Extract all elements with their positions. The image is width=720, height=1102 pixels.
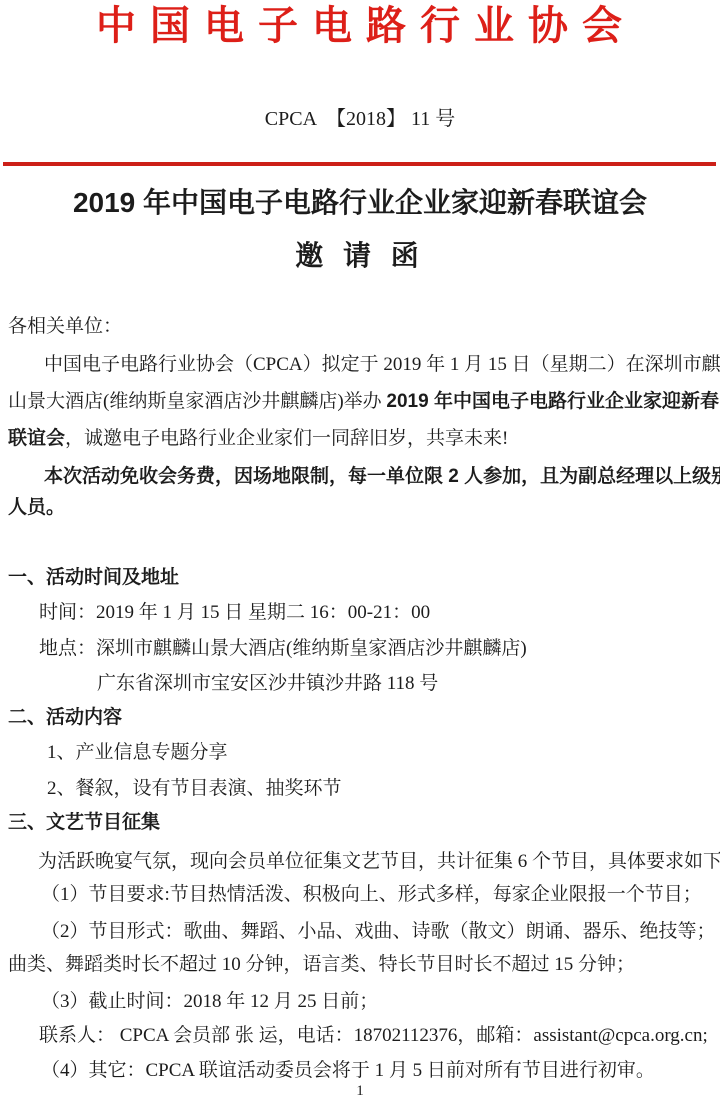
section3-heading: 三、文艺节目征集 <box>8 812 160 834</box>
intro-paragraph-line-1: 中国电子电路行业协会（CPCA）拟定于 2019 年 1 月 15 日（星期二）… <box>44 354 720 376</box>
program-requirement-4: （4）其它：CPCA 联谊活动委员会将于 1 月 5 日前对所有节目进行初审。 <box>41 1060 655 1082</box>
event-time-line: 时间：2019 年 1 月 15 日 星期二 16：00-21：00 <box>39 602 430 624</box>
event-place-line: 地点：深圳市麒麟山景大酒店(维纳斯皇家酒店沙井麒麟店) <box>39 638 527 660</box>
document-title: 2019 年中国电子电路行业企业家迎新春联谊会 <box>0 186 720 220</box>
notice-paragraph-line-1: 本次活动免收会务费，因场地限制，每一单位限 2 人参加，且为副总经理以上级别 <box>44 466 720 488</box>
association-name: 中 国 电 子 电 路 行 业 协 会 <box>0 0 720 52</box>
activity-item-1: 1、产业信息专题分享 <box>47 742 228 764</box>
intro-paragraph-line-3: 联谊会，诚邀电子电路行业企业家们一同辞旧岁，共享未来! <box>8 428 508 450</box>
document-subtitle: 邀 请 函 <box>0 239 720 273</box>
intro-line2-normal: 山景大酒店(维纳斯皇家酒店沙井麒麟店)举办 <box>8 391 386 412</box>
document-page: 中 国 电 子 电 路 行 业 协 会 CPCA 【2018】 11 号 201… <box>0 0 720 1102</box>
program-requirement-1: （1）节目要求:节目热情活泼、积极向上、形式多样，每家企业限报一个节目； <box>41 884 702 906</box>
greeting-line: 各相关单位： <box>8 316 122 338</box>
activity-item-2: 2、餐叙，设有节目表演、抽奖环节 <box>47 778 342 800</box>
page-number: 1 <box>0 1082 720 1100</box>
intro-line2-bold: 2019 年中国电子电路行业企业家迎新春 <box>386 391 719 412</box>
program-requirement-2-line-2: 曲类、舞蹈类时长不超过 10 分钟，语言类、特长节目时长不超过 15 分钟； <box>8 954 635 976</box>
contact-line: 联系人： CPCA 会员部 张 运，电话：18702112376，邮箱：assi… <box>39 1025 708 1047</box>
document-number: CPCA 【2018】 11 号 <box>0 107 720 131</box>
program-requirement-2-line-1: （2）节目形式：歌曲、舞蹈、小品、戏曲、诗歌（散文）朗诵、器乐、绝技等； 歌 <box>41 921 720 943</box>
section1-heading: 一、活动时间及地址 <box>8 567 179 589</box>
intro-paragraph-line-2: 山景大酒店(维纳斯皇家酒店沙井麒麟店)举办 2019 年中国电子电路行业企业家迎… <box>8 391 719 413</box>
program-requirement-3: （3）截止时间：2018 年 12 月 25 日前； <box>41 991 378 1013</box>
intro-line3-normal: ，诚邀电子电路行业企业家们一同辞旧岁，共享未来! <box>65 428 508 449</box>
header-rule <box>3 162 716 166</box>
notice-paragraph-line-2: 人员。 <box>8 497 65 519</box>
intro-line3-bold: 联谊会 <box>8 428 65 449</box>
program-intro-line: 为活跃晚宴气氛，现向会员单位征集文艺节目，共计征集 6 个节目，具体要求如下： <box>38 851 720 873</box>
event-address-line: 广东省深圳市宝安区沙井镇沙井路 118 号 <box>97 673 438 695</box>
section2-heading: 二、活动内容 <box>8 707 122 729</box>
